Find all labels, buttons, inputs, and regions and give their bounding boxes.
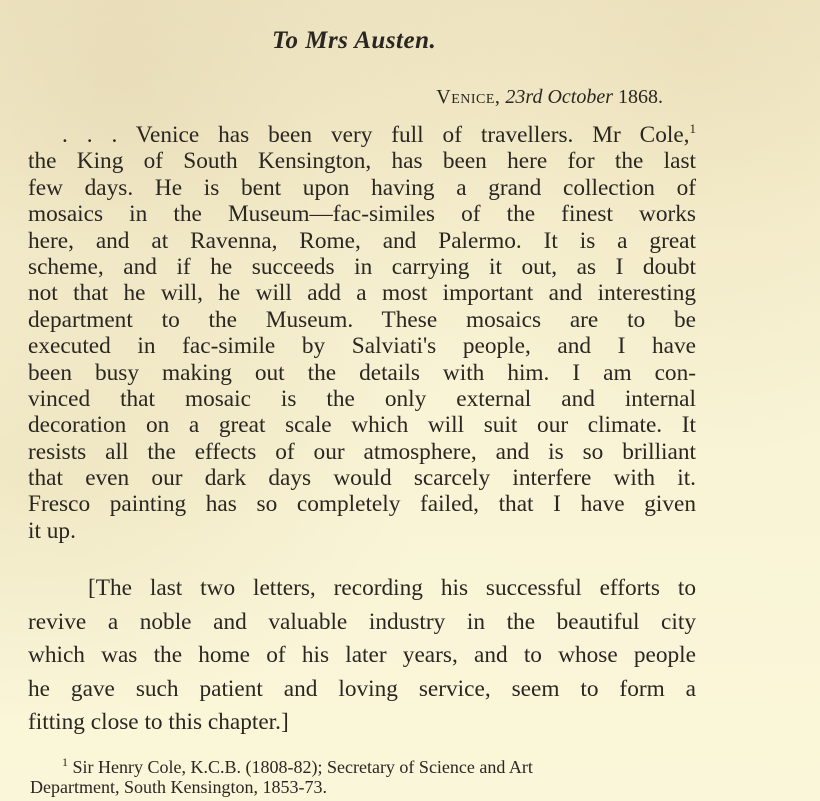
letter-dateline: Venice, 23rd October 1868.	[436, 86, 663, 109]
letter-line: Fresco painting has so completely failed…	[28, 491, 696, 517]
footnote: 1 Sir Henry Cole, K.C.B. (1808-82); Secr…	[30, 757, 700, 797]
letter-line: executed in fac-simile by Salviati's peo…	[28, 333, 696, 359]
letter-line: been busy making out the details with hi…	[28, 360, 696, 386]
footnote-line: 1 Sir Henry Cole, K.C.B. (1808-82); Secr…	[30, 757, 700, 777]
letter-line: decoration on a great scale which will s…	[28, 412, 696, 438]
dateline-place: Venice,	[436, 86, 500, 108]
letter-salutation: To Mrs Austen.	[272, 27, 436, 55]
letter-line: not that he will, he will add a most imp…	[28, 280, 696, 306]
letter-line: department to the Museum. These mosaics …	[28, 307, 696, 333]
dateline-date: 23rd October	[505, 86, 613, 108]
letter-body: . . . Venice has been very full of trave…	[28, 122, 696, 544]
dateline-year: 1868.	[618, 86, 663, 108]
editorial-line: he gave such patient and loving service,…	[28, 673, 696, 707]
letter-line: . . . Venice has been very full of trave…	[28, 122, 696, 148]
letter-line: it up.	[28, 518, 696, 544]
editorial-line: revive a noble and valuable industry in …	[28, 606, 696, 640]
editorial-line: fitting close to this chapter.]	[28, 706, 696, 740]
footnote-line: Department, South Kensington, 1853-73.	[30, 777, 700, 797]
book-page: To Mrs Austen. Venice, 23rd October 1868…	[0, 0, 820, 801]
letter-line: vinced that mosaic is the only external …	[28, 386, 696, 412]
letter-line: scheme, and if he succeeds in carrying i…	[28, 254, 696, 280]
letter-line: mosaics in the Museum—fac-similes of the…	[28, 201, 696, 227]
footnote-number: 1	[62, 755, 68, 769]
footnote-marker: 1	[690, 121, 697, 136]
editorial-line: [The last two letters, recording his suc…	[28, 572, 696, 606]
editorial-note: [The last two letters, recording his suc…	[28, 572, 696, 740]
editorial-line: which was the home of his later years, a…	[28, 639, 696, 673]
letter-line: resists all the effects of our atmospher…	[28, 439, 696, 465]
letter-line: that even our dark days would scarcely i…	[28, 465, 696, 491]
letter-line: the King of South Kensington, has been h…	[28, 148, 696, 174]
letter-line: here, and at Ravenna, Rome, and Palermo.…	[28, 228, 696, 254]
letter-line: few days. He is bent upon having a grand…	[28, 175, 696, 201]
